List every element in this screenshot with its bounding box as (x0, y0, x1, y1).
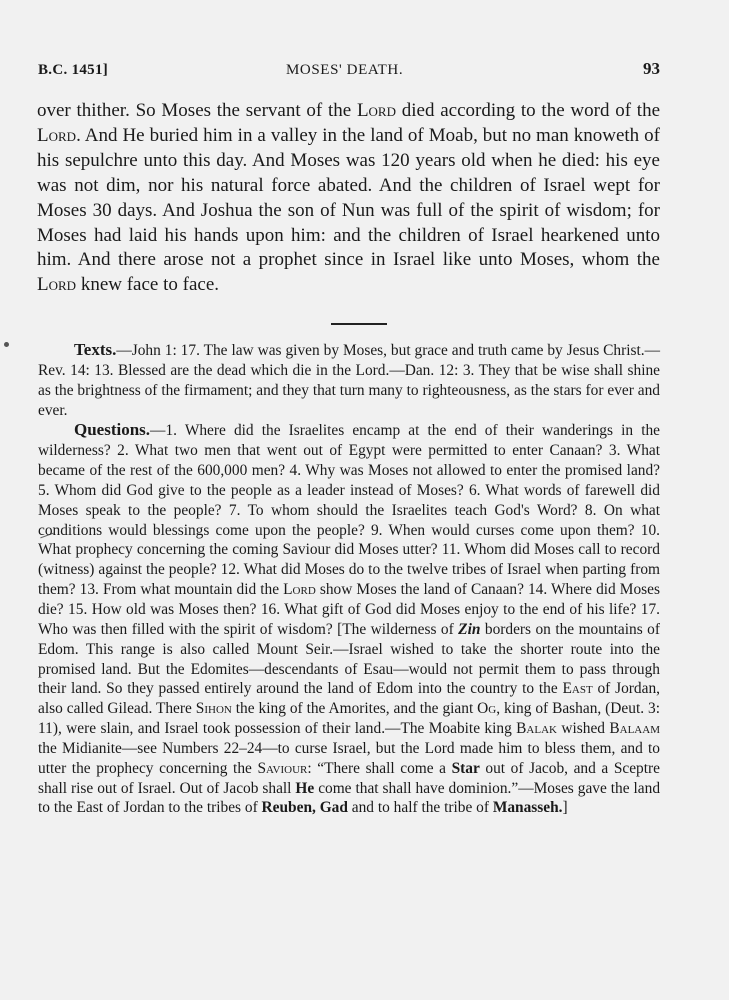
texts-body: —John 1: 17. The law was given by Moses,… (38, 342, 660, 419)
questions-section: Questions.—1. Where did the Israelites e… (38, 420, 660, 818)
date-heading: B.C. 1451] (38, 62, 108, 79)
book-page: B.C. 1451] MOSES' DEATH. 93 over thither… (0, 0, 729, 1000)
section-divider (331, 323, 387, 325)
lord-smallcaps: Lord (37, 125, 76, 146)
running-head: B.C. 1451] MOSES' DEATH. 93 (38, 62, 660, 84)
zin-italic: Zin (458, 621, 480, 638)
page-number: 93 (643, 59, 660, 79)
lord-smallcaps: Lord (37, 274, 76, 295)
lord-smallcaps: Lord (283, 581, 316, 598)
texts-label: Texts. (74, 340, 116, 359)
margin-dot-mark (4, 342, 9, 347)
chapter-title: MOSES' DEATH. (286, 62, 403, 79)
lord-smallcaps: Lord (357, 100, 396, 121)
questions-label: Questions. (74, 420, 150, 439)
study-notes: Texts.—John 1: 17. The law was given by … (38, 340, 660, 818)
narrative-paragraph: over thither. So Moses the servant of th… (37, 99, 660, 298)
texts-section: Texts.—John 1: 17. The law was given by … (38, 340, 660, 420)
main-narrative: over thither. So Moses the servant of th… (37, 99, 660, 298)
